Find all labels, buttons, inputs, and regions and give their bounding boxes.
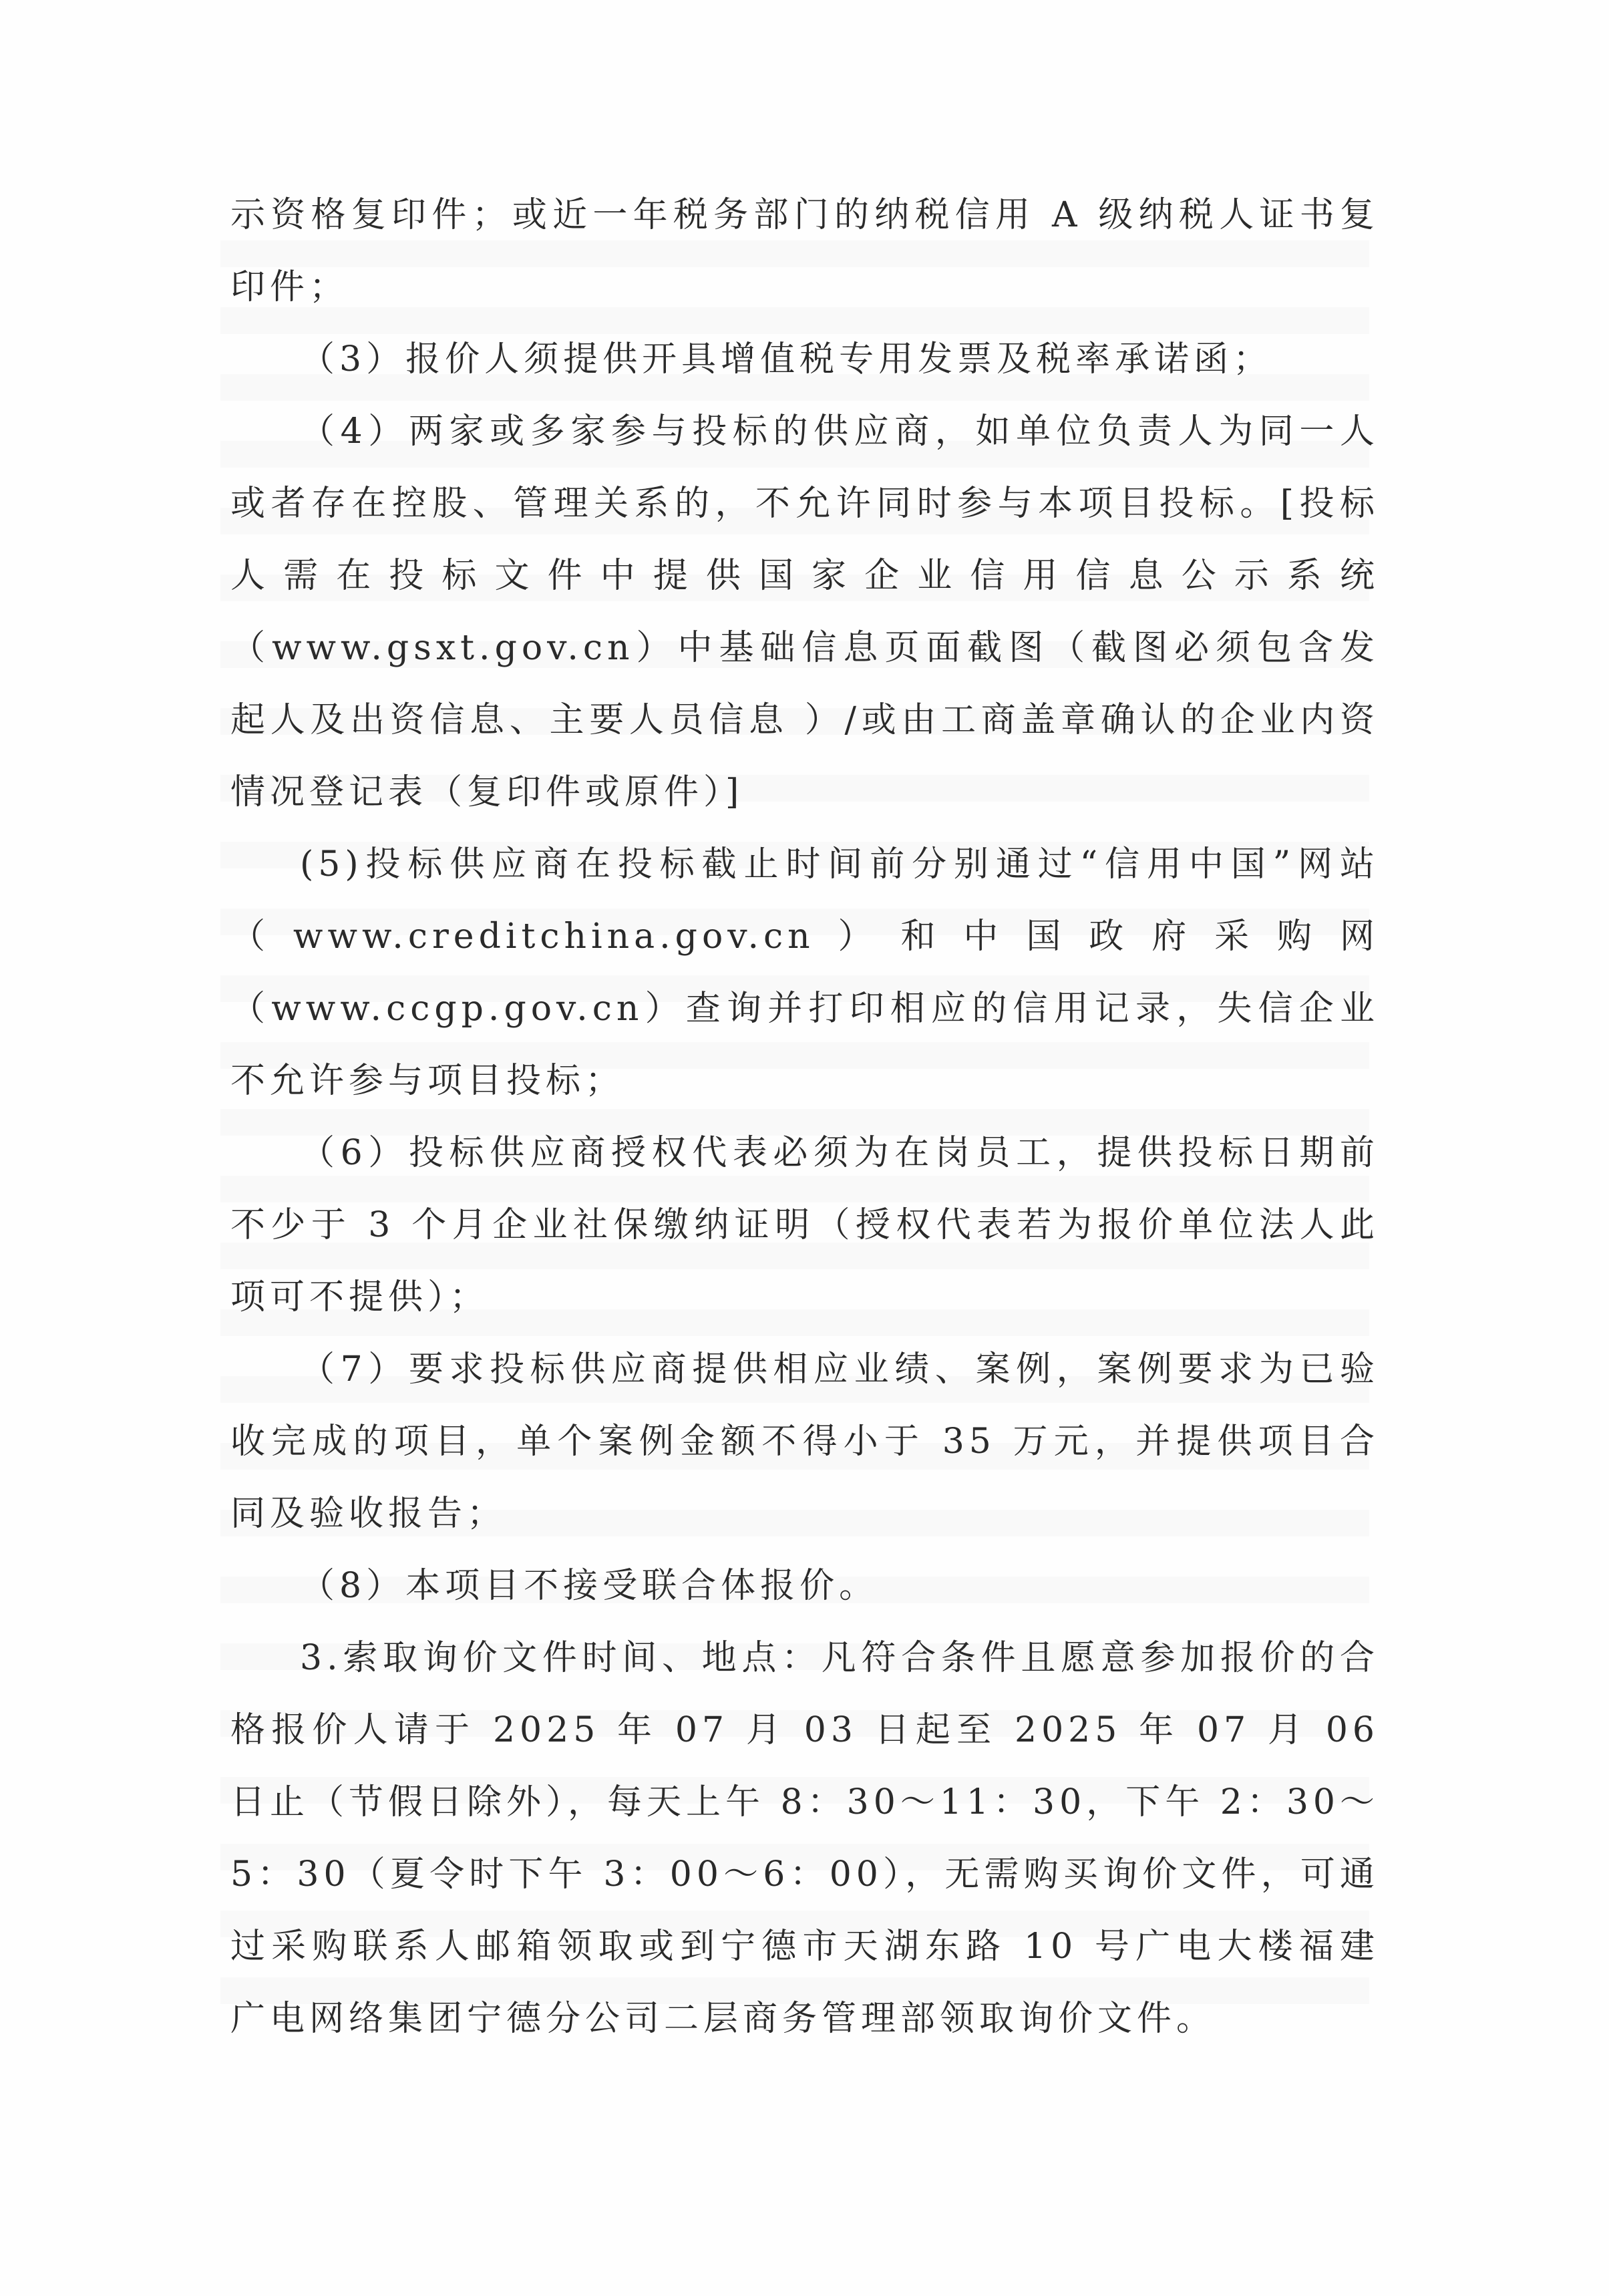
paragraph-item-5: (5)投标供应商在投标截止时间前分别通过“信用中国”网站（www.creditc…	[230, 828, 1379, 1117]
document-body: 示资格复印件；或近一年税务部门的纳税信用 A 级纳税人证书复印件； （3）报价人…	[230, 179, 1379, 2055]
paragraph-item-4: （4）两家或多家参与投标的供应商，如单位负责人为同一人或者存在控股、管理关系的，…	[230, 395, 1379, 828]
section-3-paragraph: 3.索取询价文件时间、地点：凡符合条件且愿意参加报价的合格报价人请于 2025 …	[230, 1622, 1379, 2055]
paragraph-continuation: 示资格复印件；或近一年税务部门的纳税信用 A 级纳税人证书复印件；	[230, 179, 1379, 323]
paragraph-item-8: （8）本项目不接受联合体报价。	[230, 1550, 1379, 1622]
paragraph-item-7: （7）要求投标供应商提供相应业绩、案例，案例要求为已验收完成的项目，单个案例金额…	[230, 1333, 1379, 1550]
document-page: 示资格复印件；或近一年税务部门的纳税信用 A 级纳税人证书复印件； （3）报价人…	[0, 0, 1609, 2296]
paragraph-item-6: （6）投标供应商授权代表必须为在岗员工，提供投标日期前不少于 3 个月企业社保缴…	[230, 1117, 1379, 1333]
paragraph-item-3: （3）报价人须提供开具增值税专用发票及税率承诺函；	[230, 323, 1379, 395]
